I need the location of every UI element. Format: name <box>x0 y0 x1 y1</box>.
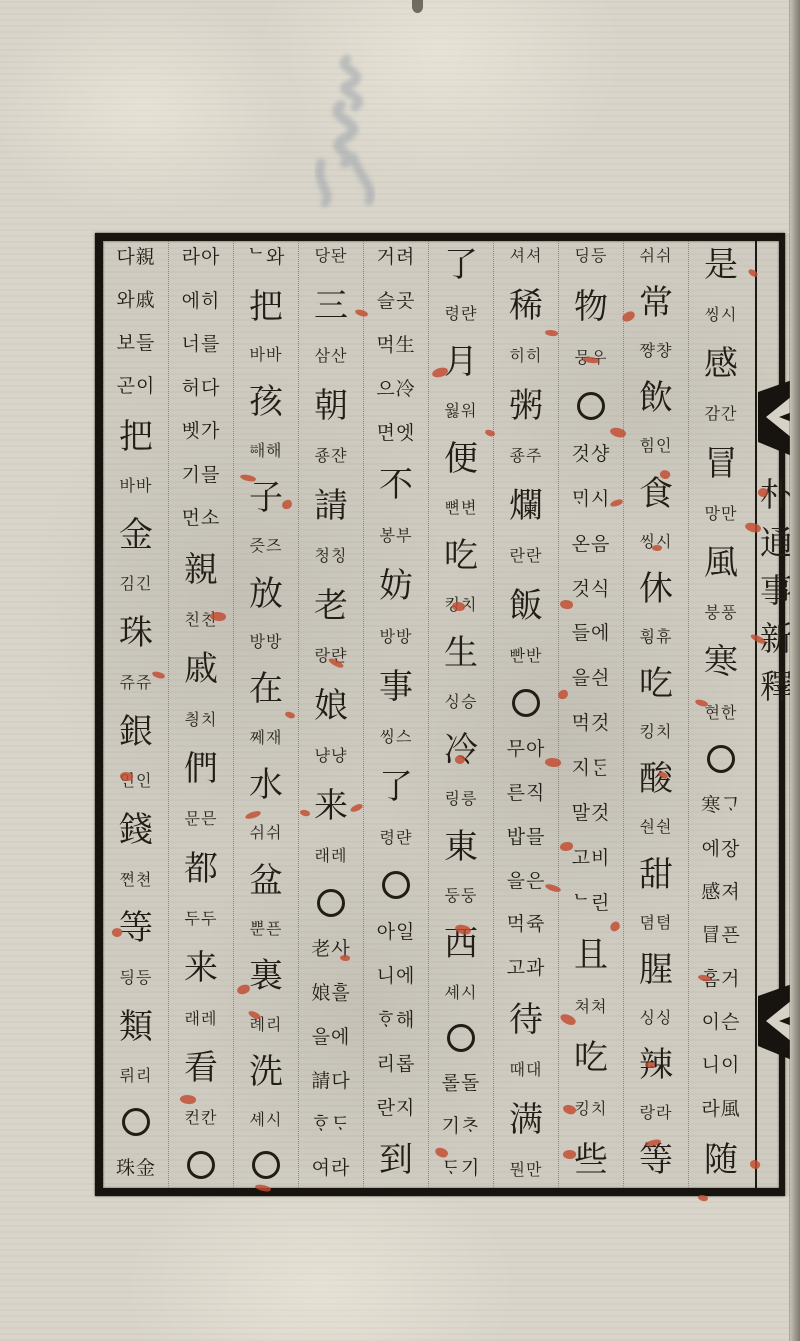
hanzi-cell: 老 <box>314 589 348 625</box>
hanzi-cell: 東 <box>444 830 478 866</box>
reading-cell: 방방 <box>250 634 283 651</box>
hanzi-cell: 子 <box>249 481 283 517</box>
korean-cell: 것샹 <box>572 445 611 465</box>
korean-cell: ᄂ와 <box>247 248 286 268</box>
korean-cell: 고비 <box>572 849 611 869</box>
section-circle <box>122 1108 150 1136</box>
korean-cell: 娘흘 <box>311 984 350 1004</box>
page-edge <box>790 0 800 1341</box>
reading-cell: 쩨재 <box>250 730 283 747</box>
hanzi-cell: 銀 <box>119 715 153 751</box>
hanzi-cell: 事 <box>379 670 413 706</box>
hanzi-cell: 稀 <box>509 289 543 325</box>
reading-cell: 웛워 <box>445 403 478 420</box>
korean-cell: 感져 <box>701 883 740 903</box>
ink-bleed-mark <box>275 45 415 225</box>
fishtail-mark-upper <box>757 379 793 457</box>
reading-cell: 랑랸 <box>315 648 348 665</box>
hanzi-cell: 且 <box>574 938 608 974</box>
section-circle <box>447 1024 475 1052</box>
reading-cell: 칑치 <box>185 712 218 729</box>
reading-cell: 쉬쉬 <box>640 248 673 265</box>
korean-cell: 지ᄃᆞᆫ <box>572 759 611 779</box>
hanzi-cell: 裏 <box>249 959 283 995</box>
korean-cell: ᄃᆞ기 <box>442 1159 481 1179</box>
text-column-7: 당돤三삼산朝죵쟌請청칭老랑랸娘냥냥来래레老사娘흘을에請다ᄒᆞᄃᆞ여라 <box>298 241 363 1188</box>
korean-cell: 와戚 <box>116 291 155 311</box>
hanzi-cell: 錢 <box>119 813 153 849</box>
hanzi-cell: 把 <box>119 420 153 456</box>
text-column-6: 거려슬곳먹生으冷면엣不봉부妨방방事씽스了령랸아일니에ᄒᆞ해리롭란지到 <box>363 241 428 1188</box>
reading-cell: 란란 <box>510 548 543 565</box>
hanzi-cell: 爛 <box>509 489 543 525</box>
hanzi-cell: 休 <box>639 572 673 608</box>
reading-cell: 바바 <box>250 347 283 364</box>
reading-cell: 휭휴 <box>640 629 673 646</box>
korean-cell: 라風 <box>701 1100 740 1120</box>
hanzi-cell: 满 <box>509 1103 543 1139</box>
text-column-2: 쉬쉬常쨩챵飲힘인食씽시休휭휴吃킹치酸숸숸甜뎜텸腥싱싱辣랑라等 <box>623 241 688 1188</box>
korean-cell: 여라 <box>312 1159 351 1179</box>
reading-cell: 문믄 <box>185 811 218 828</box>
hanzi-cell: 甜 <box>639 858 673 894</box>
korean-cell: 롤돌 <box>442 1074 481 1094</box>
korean-cell: 에히 <box>182 292 221 312</box>
korean-cell: 슬곳 <box>377 292 416 312</box>
reading-cell: 쳐쳐 <box>575 999 608 1016</box>
reading-cell: 감간 <box>705 406 738 423</box>
hanzi-cell: 等 <box>639 1143 673 1179</box>
reading-cell: 킹치 <box>575 1101 608 1118</box>
hanzi-cell: 吃 <box>639 667 673 703</box>
korean-cell: 老사 <box>311 940 350 960</box>
hanzi-cell: 些 <box>574 1143 608 1179</box>
reading-cell: 래레 <box>315 848 348 865</box>
korean-cell: 珠金 <box>116 1159 156 1179</box>
reading-cell: 싱싱 <box>640 1010 673 1027</box>
korean-cell: ᄆᆡ시 <box>572 490 611 510</box>
hanzi-cell: 請 <box>314 489 348 525</box>
hanzi-cell: 盆 <box>249 864 283 900</box>
hanzi-cell: 飯 <box>509 589 543 625</box>
hanzi-cell: 常 <box>639 286 673 322</box>
reading-cell: 방방 <box>380 629 413 646</box>
reading-cell: 령랸 <box>445 306 478 323</box>
korean-cell: 에장 <box>702 840 741 860</box>
reading-cell: 뎜텸 <box>640 915 673 932</box>
hanzi-cell: 辣 <box>639 1048 673 1084</box>
hanzi-cell: 水 <box>249 768 283 804</box>
reading-cell: 빤반 <box>510 648 543 665</box>
section-circle <box>707 745 735 773</box>
section-circle <box>382 871 410 899</box>
hanzi-cell: 放 <box>249 577 283 613</box>
korean-cell: 기믈 <box>182 466 221 486</box>
reading-cell: 컨칸 <box>185 1110 218 1127</box>
hanzi-cell: 不 <box>379 468 413 504</box>
reading-cell: 씽스 <box>380 729 413 746</box>
korean-cell: 라아 <box>182 248 221 268</box>
reading-cell: 숸숸 <box>640 819 673 836</box>
reading-cell: 당돤 <box>315 248 348 265</box>
korean-cell: 곤이 <box>117 377 156 397</box>
korean-cell: 을싄 <box>572 669 611 689</box>
reading-cell: 두두 <box>185 911 218 928</box>
reading-cell: 김긴 <box>120 576 153 593</box>
korean-cell: 고과 <box>507 959 546 979</box>
hanzi-cell: 冷 <box>444 733 478 769</box>
hanzi-cell: 都 <box>184 852 218 888</box>
korean-cell: 먹쥭 <box>507 915 546 935</box>
reading-cell: 봉부 <box>380 528 413 545</box>
reading-cell: 쥬쥬 <box>120 675 153 692</box>
reading-cell: 청칭 <box>315 548 348 565</box>
korean-cell: 이슨 <box>702 1013 741 1033</box>
reading-cell: 바바 <box>120 478 153 495</box>
reading-cell: 셰시 <box>445 985 478 1002</box>
hanzi-cell: 待 <box>509 1003 543 1039</box>
hanzi-cell: 親 <box>184 553 218 589</box>
section-circle <box>317 889 345 917</box>
text-column-10: 다親와戚보들곤이把바바金김긴珠쥬쥬銀인인錢쪈쳔等딍등類뤼리珠金 <box>103 241 168 1188</box>
fishtail-mark-lower <box>757 983 793 1061</box>
reading-cell: 히히 <box>510 348 543 365</box>
korean-cell: 기ᄎᆞ <box>442 1117 481 1137</box>
hanzi-cell: 寒 <box>704 645 738 681</box>
hanzi-cell: 生 <box>444 636 478 672</box>
hanzi-cell: 粥 <box>509 389 543 425</box>
hanzi-cell: 看 <box>184 1051 218 1087</box>
page: { "document_type": "woodblock-print scan… <box>0 0 800 1341</box>
reading-cell: 붕풍 <box>705 605 738 622</box>
hanzi-cell: 飲 <box>639 381 673 417</box>
text-column-3: 딩등物뭉우것샹ᄆᆡ시온음것식들에을싄먹것지ᄃᆞᆫ말것고비ᄂ린且쳐쳐吃킹치些 <box>558 241 623 1188</box>
reading-cell: 뭔만 <box>510 1162 543 1179</box>
korean-cell: 을은 <box>507 872 546 892</box>
korean-cell: 너를 <box>182 335 221 355</box>
reading-cell: 때대 <box>510 1062 543 1079</box>
reading-cell: 쪈쳔 <box>120 872 153 889</box>
section-circle <box>512 689 540 717</box>
hanzi-cell: 是 <box>704 248 738 284</box>
hanzi-cell: 三 <box>314 289 348 325</box>
reading-cell: 힘인 <box>640 438 673 455</box>
hanzi-cell: 珠 <box>119 616 153 652</box>
hanzi-cell: 等 <box>119 911 153 947</box>
hanzi-cell: 物 <box>574 290 608 326</box>
reading-cell: 쨩챵 <box>640 343 673 360</box>
edge-speck <box>412 0 423 13</box>
reading-cell: 뼌변 <box>445 500 478 517</box>
text-column-8: ᄂ와把바바孩ᅘᅢ해子즛즈放방방在쩨재水쉬쉬盆뿐픈裏례리洗셰시 <box>233 241 298 1188</box>
reading-cell: 죵주 <box>510 448 543 465</box>
korean-cell: 밥믈 <box>507 828 546 848</box>
reading-cell: 냥냥 <box>315 748 348 765</box>
hanzi-cell: 酸 <box>639 762 673 798</box>
reading-cell: 쉬쉬 <box>250 825 283 842</box>
korean-cell: 무아 <box>507 740 546 760</box>
korean-cell: 리롭 <box>377 1055 416 1075</box>
hanzi-cell: 把 <box>249 290 283 326</box>
korean-cell: 온음 <box>572 535 611 555</box>
hanzi-cell: 孩 <box>249 385 283 421</box>
reading-cell: 딩등 <box>575 248 608 265</box>
reading-cell: 셰시 <box>250 1112 283 1129</box>
hanzi-cell: 類 <box>119 1010 153 1046</box>
reading-cell: 삼산 <box>315 348 348 365</box>
korean-cell: ᄒᆞᄃᆞ <box>312 1115 351 1135</box>
reading-cell: 친친 <box>185 612 218 629</box>
reading-cell: 킹치 <box>445 597 478 614</box>
reading-cell: 씽시 <box>640 534 673 551</box>
hanzi-cell: 朝 <box>314 389 348 425</box>
reading-cell: 래레 <box>185 1011 218 1028</box>
korean-cell: 홈거 <box>702 970 741 990</box>
hanzi-cell: 食 <box>639 477 673 513</box>
section-circle <box>187 1151 215 1179</box>
text-column-1: 是씽시感감간冒망만風붕풍寒현한寒ᄀᆞ에장感져冒픈홈거이슨니이라風随 <box>688 241 753 1188</box>
korean-cell: 거려 <box>377 248 416 268</box>
reading-cell: 킹치 <box>640 724 673 741</box>
hanzi-cell: 随 <box>704 1143 738 1179</box>
hanzi-cell: 金 <box>119 518 153 554</box>
hanzi-cell: 了 <box>444 248 478 284</box>
reading-cell: 즛즈 <box>250 538 283 555</box>
reading-cell: 둥둥 <box>445 888 478 905</box>
reading-cell: 뤼리 <box>120 1068 153 1085</box>
hanzi-cell: 来 <box>314 789 348 825</box>
hanzi-cell: 吃 <box>574 1041 608 1077</box>
reading-cell: 뿐픈 <box>250 921 283 938</box>
korean-cell: ᄂ린 <box>572 894 611 914</box>
korean-cell: 을에 <box>312 1028 351 1048</box>
hanzi-cell: 了 <box>379 770 413 806</box>
hanzi-cell: 腥 <box>639 953 673 989</box>
korean-cell: 아일 <box>377 923 416 943</box>
hanzi-cell: 月 <box>444 345 478 381</box>
reading-cell: 죵쟌 <box>315 448 348 465</box>
reading-cell: ᅘᅢ해 <box>250 443 283 460</box>
text-column-4: 셔셔稀히히粥죵주爛란란飯빤반무아른직밥믈을은먹쥭고과待때대满뭔만 <box>493 241 558 1188</box>
korean-cell: 보들 <box>117 334 156 354</box>
reading-cell: 딍등 <box>120 970 153 987</box>
section-circle <box>577 392 605 420</box>
hanzi-cell: 到 <box>379 1143 413 1179</box>
section-circle <box>252 1151 280 1179</box>
reading-cell: 인인 <box>120 773 153 790</box>
korean-cell: 른직 <box>507 784 546 804</box>
reading-cell: 례리 <box>250 1017 283 1034</box>
korean-cell: 들에 <box>572 624 611 644</box>
hanzi-cell: 吃 <box>444 539 478 575</box>
korean-cell: 벳가 <box>182 422 221 442</box>
korean-cell: 먹生 <box>376 336 415 356</box>
hanzi-cell: 西 <box>444 927 478 963</box>
hanzi-cell: 風 <box>704 546 738 582</box>
reading-cell: 싱승 <box>445 694 478 711</box>
hanzi-cell: 們 <box>184 752 218 788</box>
korean-cell: 請다 <box>311 1072 350 1092</box>
text-columns: 是씽시感감간冒망만風붕풍寒현한寒ᄀᆞ에장感져冒픈홈거이슨니이라風随쉬쉬常쨩챵飲힘… <box>103 241 753 1188</box>
reading-cell: 셔셔 <box>510 248 543 265</box>
hanzi-cell: 便 <box>444 442 478 478</box>
reading-cell: 씽시 <box>705 307 738 324</box>
hanzi-cell: 在 <box>249 672 283 708</box>
korean-cell: 란지 <box>377 1099 416 1119</box>
korean-cell: 으冷 <box>376 380 415 400</box>
reading-cell: 뭉우 <box>575 350 608 367</box>
korean-cell: 면엣 <box>377 424 416 444</box>
reading-cell: 망만 <box>705 506 738 523</box>
korean-cell: 것식 <box>572 580 611 600</box>
text-column-5: 了령랸月웛워便뼌변吃킹치生싱승冷링릉東둥둥西셰시롤돌기ᄎᆞᄃᆞ기 <box>428 241 493 1188</box>
hanzi-cell: 娘 <box>314 689 348 725</box>
reading-cell: 링릉 <box>445 791 478 808</box>
korean-cell: 허다 <box>182 379 221 399</box>
reading-cell: 령랸 <box>380 830 413 847</box>
korean-cell: 寒ᄀᆞ <box>701 796 740 816</box>
korean-cell: 말것 <box>572 804 611 824</box>
hanzi-cell: 妨 <box>379 569 413 605</box>
text-column-9: 라아에히너를허다벳가기믈먼소親친친戚칑치們문믄都두두来래레看컨칸 <box>168 241 233 1188</box>
reading-cell: 현한 <box>705 705 738 722</box>
korean-cell: 니이 <box>702 1056 741 1076</box>
hanzi-cell: 感 <box>704 347 738 383</box>
hanzi-cell: 戚 <box>184 652 218 688</box>
korean-cell: 니에 <box>377 967 416 987</box>
hanzi-cell: 冒 <box>704 447 738 483</box>
korean-cell: 먼소 <box>182 509 221 529</box>
korean-cell: ᄒᆞ해 <box>377 1011 416 1031</box>
hanzi-cell: 来 <box>184 951 218 987</box>
reading-cell: 랑라 <box>640 1105 673 1122</box>
korean-cell: 먹것 <box>572 714 611 734</box>
korean-cell: 다親 <box>116 248 155 268</box>
korean-cell: 冒픈 <box>701 926 740 946</box>
hanzi-cell: 洗 <box>249 1055 283 1091</box>
